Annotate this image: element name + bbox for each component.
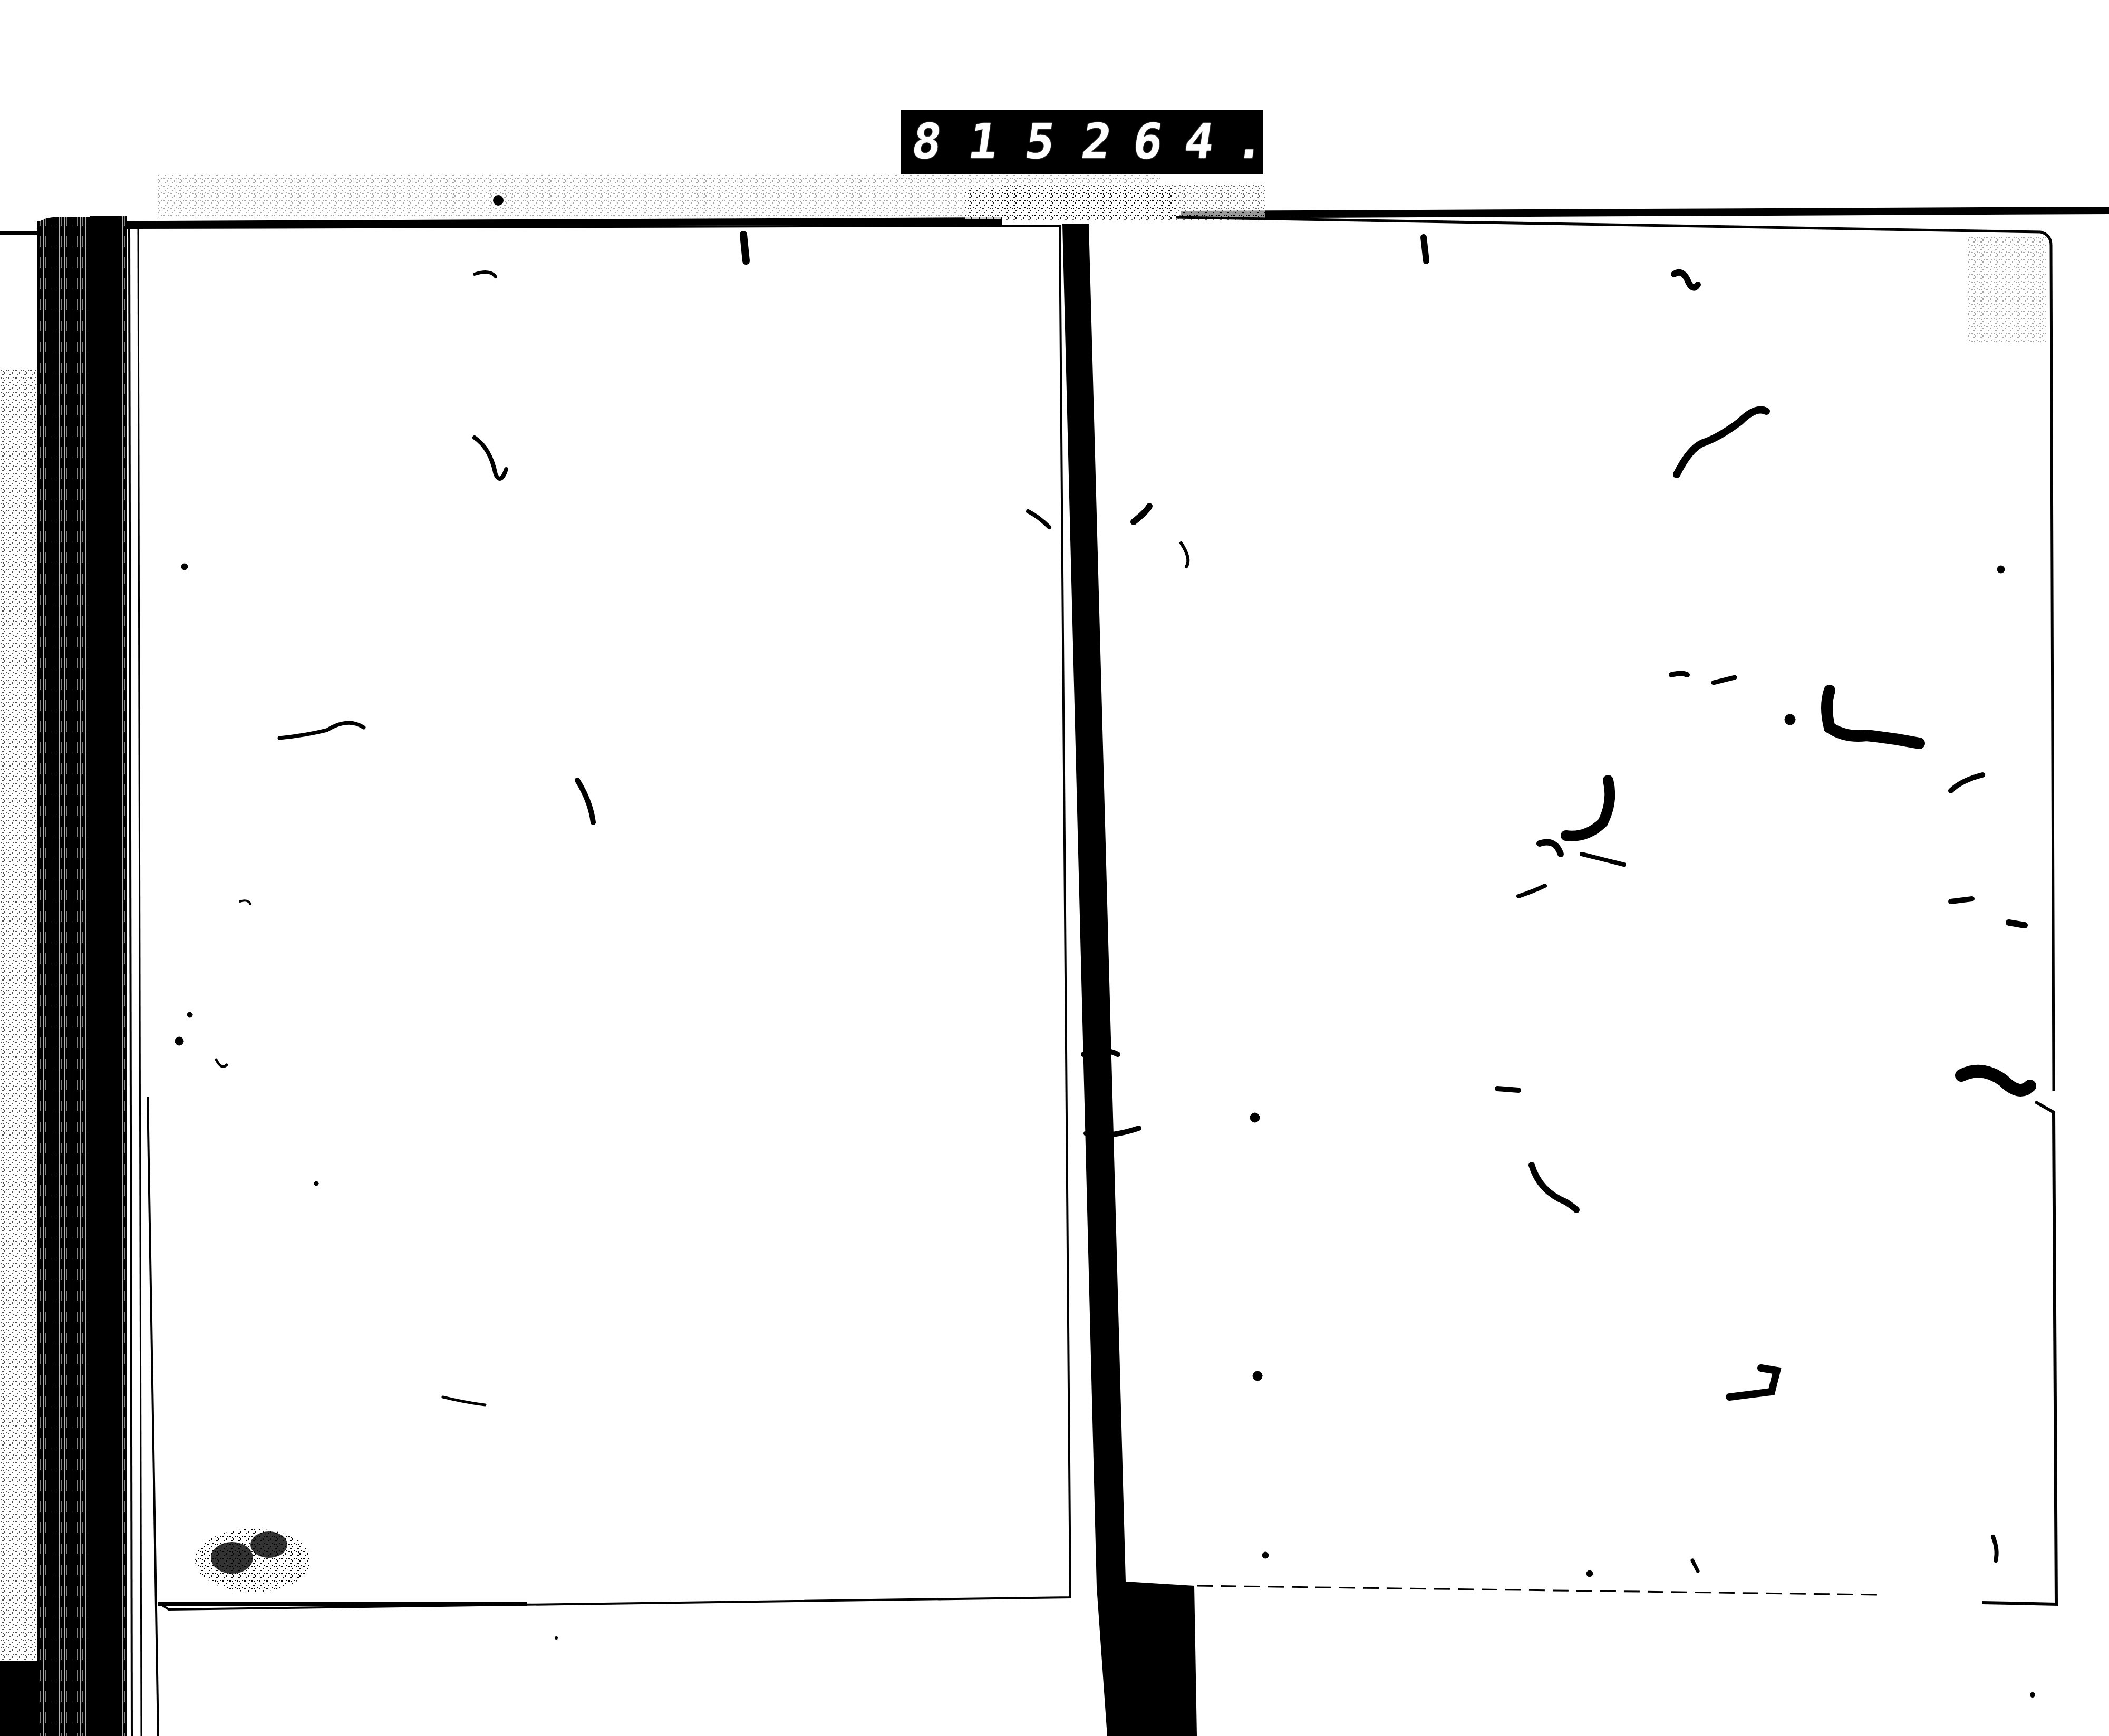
left-page-edges [37, 216, 158, 1736]
right-page [1176, 217, 2056, 1604]
specks-right [1083, 237, 2030, 1577]
edge-dots [493, 195, 2035, 1698]
gutter-spine [965, 187, 1197, 1736]
microfilm-frame-label: 815 264. [901, 110, 1263, 174]
reel-number: 815 [909, 118, 1086, 166]
frame-number: 264. [1079, 118, 1291, 166]
book-scan [0, 0, 2109, 1736]
specks-left [175, 235, 1049, 1405]
stain [195, 1529, 311, 1592]
left-page [127, 226, 1070, 1609]
